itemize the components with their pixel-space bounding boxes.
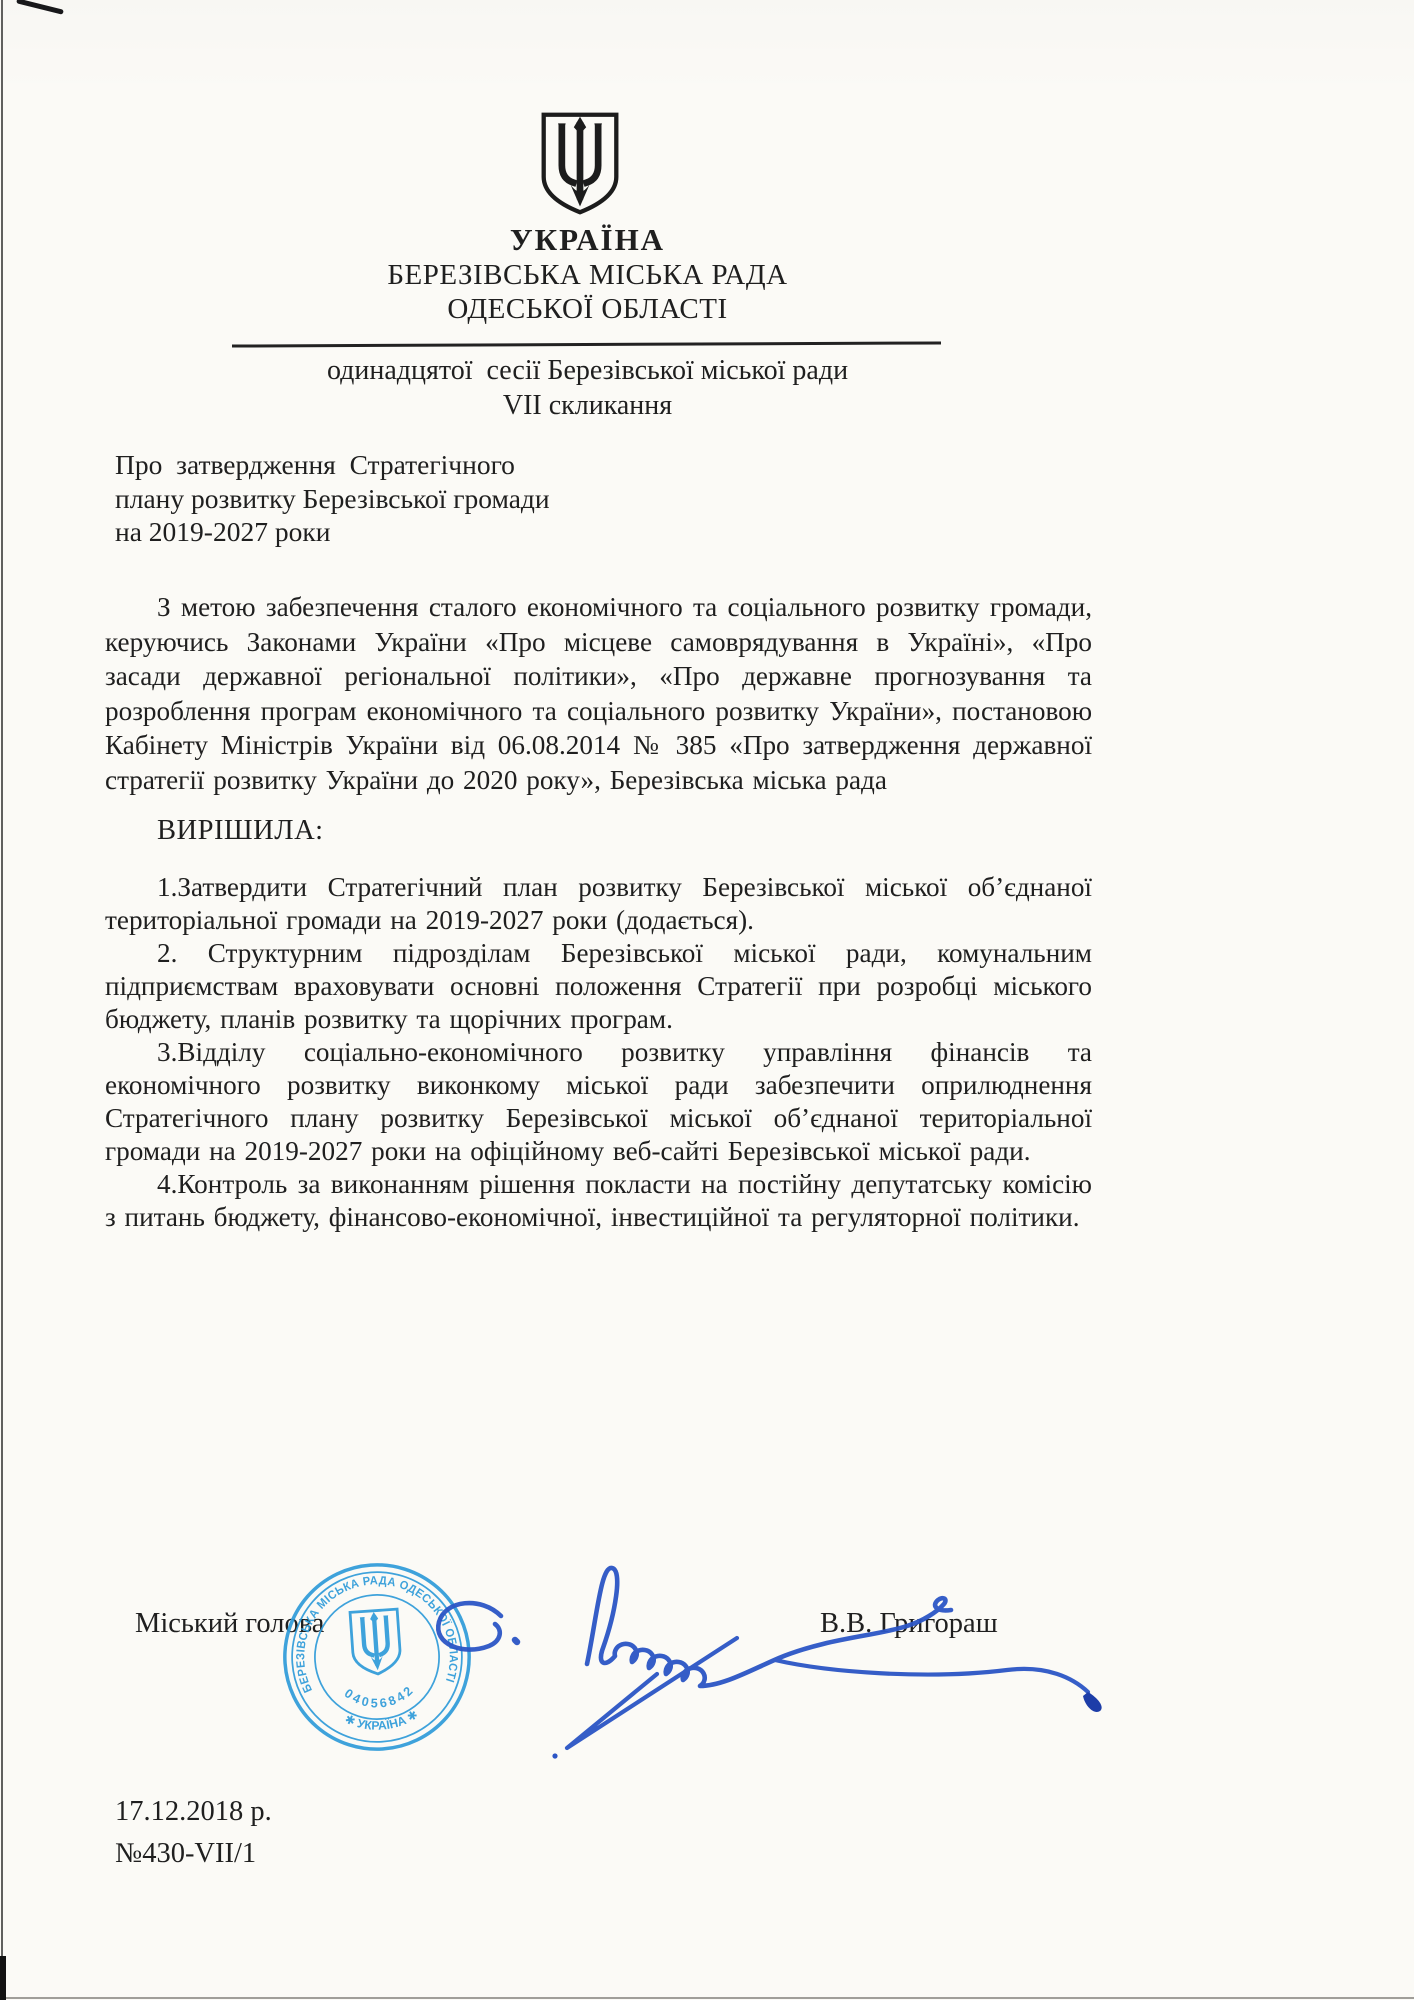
scan-mark-top-left: [16, 0, 64, 15]
session-line: одинадцятої сесії Березівської міської р…: [105, 353, 1070, 388]
scan-edge-left: [1, 0, 3, 2000]
session-block: одинадцятої сесії Березівської міської р…: [105, 353, 1070, 423]
document-page: УКРАЇНА БЕРЕЗІВСЬКА МІСЬКА РАДА ОДЕСЬКОЇ…: [0, 0, 1414, 2000]
subject-line: плану розвитку Березівської громади: [115, 482, 550, 516]
decision-items: 1.Затвердити Стратегічний план розвитку …: [105, 871, 1092, 1234]
scan-mark-bottom-left: [0, 1956, 6, 2000]
decision-item-1: 1.Затвердити Стратегічний план розвитку …: [105, 871, 1092, 937]
subject-line: Про затвердження Стратегічного: [115, 448, 550, 482]
stamp-trident-icon: [350, 1609, 401, 1675]
decision-item-2: 2. Структурним підрозділам Березівської …: [105, 937, 1092, 1036]
decision-item-3: 3.Відділу соціально-економічного розвитк…: [105, 1036, 1092, 1168]
document-body: З метою забезпечення сталого економічног…: [105, 590, 1092, 1234]
convocation-line: VII скликання: [105, 388, 1070, 423]
document-number: №430-VII/1: [115, 1838, 256, 1870]
header-divider: [232, 341, 941, 347]
council-name: БЕРЕЗІВСЬКА МІСЬКА РАДА: [105, 258, 1070, 292]
ukraine-trident-emblem-icon: [537, 110, 623, 217]
subject-line: на 2019-2027 роки: [115, 515, 550, 549]
subject-block: Про затвердження Стратегічного плану роз…: [115, 448, 550, 549]
country-name: УКРАЇНА: [105, 222, 1070, 258]
preamble-paragraph: З метою забезпечення сталого економічног…: [105, 590, 1092, 797]
decision-item-4: 4.Контроль за виконанням рішення покласт…: [105, 1168, 1092, 1234]
document-header: УКРАЇНА БЕРЕЗІВСЬКА МІСЬКА РАДА ОДЕСЬКОЇ…: [105, 222, 1070, 326]
handwritten-signature: [405, 1552, 1105, 1767]
document-date: 17.12.2018 р.: [115, 1796, 272, 1828]
region-name: ОДЕСЬКОЇ ОБЛАСТІ: [105, 292, 1070, 326]
decision-word: ВИРІШИЛА:: [157, 815, 1092, 847]
scan-edge-bottom: [0, 1997, 1414, 1999]
